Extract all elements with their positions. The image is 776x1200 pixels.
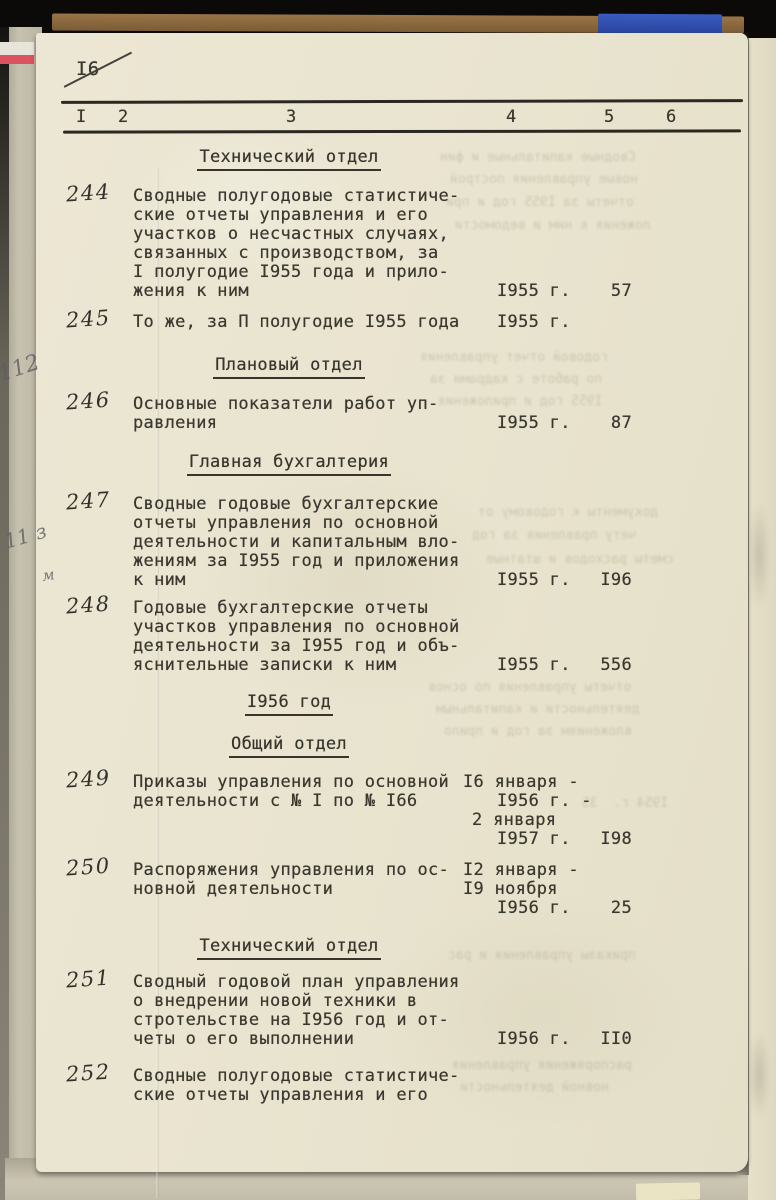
column-header-2: 2: [118, 108, 129, 127]
bleedthrough-line: ложения к ним и ведомости: [455, 218, 651, 233]
entry-sheet-count: 556: [556, 655, 632, 675]
bleedthrough-line: распоряжения управления: [452, 1058, 632, 1073]
column-header-4: 4: [506, 108, 517, 127]
bleedthrough-line: I954 г. 35: [582, 796, 668, 811]
entry-sheet-count: II0: [556, 1029, 632, 1049]
bleedthrough-line: чету правления за год: [472, 528, 636, 543]
section-heading: Главная бухгалтерия: [133, 452, 445, 476]
bleedthrough-line: сметы расходов и штатные: [486, 552, 674, 567]
bleedthrough-line: отчеты за I955 год и при: [446, 195, 634, 210]
entry-number: 248: [65, 591, 111, 618]
bleedthrough-line: документы к годовому от: [478, 505, 658, 520]
year-heading: I956 год: [133, 692, 445, 716]
entry-date: 2 января: [472, 810, 556, 830]
column-header-6: 6: [666, 108, 677, 127]
entry-description: Приказы управления по основной деятельно…: [133, 772, 449, 810]
entry-number: 250: [65, 853, 111, 880]
entry-number: 246: [65, 387, 111, 414]
entry-sheet-count: I98: [556, 829, 632, 849]
corner-page-tab: [636, 1182, 700, 1200]
archival-document-scan: Сводные капитальные и фин новые управлен…: [0, 0, 776, 1200]
entry-description: Сводные полугодовые статистиче- ские отч…: [133, 186, 460, 300]
section-heading: Плановый отдел: [133, 355, 445, 379]
bleedthrough-line: новые управления построй: [450, 172, 638, 187]
adjacent-page-edge: [748, 38, 776, 1200]
entry-number: 252: [65, 1059, 111, 1086]
entry-date: I956 г. -: [497, 791, 592, 811]
entry-date: I2 января -: [463, 860, 579, 880]
margin-pencil-mark: м: [41, 565, 56, 585]
entry-number: 245: [65, 305, 111, 332]
pencil-smudge: [748, 500, 770, 610]
entry-description: Сводные годовые бухгалтерские отчеты упр…: [133, 494, 460, 589]
column-header-3: 3: [286, 108, 297, 127]
bleedthrough-line: деятельности и капитальным: [436, 702, 640, 717]
bleedthrough-line: годовой отчет управления: [420, 350, 608, 365]
page-edge-sliver: [0, 42, 34, 56]
bleedthrough-line: отчеты управления по основ: [428, 680, 632, 695]
column-header-5: 5: [604, 108, 615, 127]
entry-number: 249: [65, 765, 111, 792]
entry-sheet-count: I96: [556, 570, 632, 590]
entry-date: I9 ноября: [463, 879, 558, 899]
entry-description: То же, за П полугодие I955 года: [133, 312, 460, 331]
entry-number: 247: [65, 487, 111, 514]
bleedthrough-line: Сводные капитальные и фин: [440, 150, 636, 165]
entry-date: I955 г.: [497, 312, 571, 332]
entry-description: Распоряжения управления по ос- новной де…: [133, 860, 449, 898]
red-edge-stripe: [0, 55, 34, 64]
entry-description: Сводные полугодовые статистиче- ские отч…: [133, 1066, 460, 1104]
section-heading: Технический отдел: [133, 936, 445, 960]
pencil-smudge: [748, 1030, 770, 1120]
entry-sheet-count: 57: [556, 281, 632, 301]
entry-description: Годовые бухгалтерские отчеты участков уп…: [133, 598, 460, 674]
section-heading: Общий отдел: [133, 734, 445, 758]
bleedthrough-line: I955 год и приложения: [438, 394, 602, 409]
column-header-1: I: [76, 108, 87, 127]
bleedthrough-line: приказы управления и рас: [448, 948, 636, 963]
entry-date: I6 января -: [463, 772, 579, 792]
bleedthrough-line: вложениям за год и прило: [444, 724, 632, 739]
section-heading: Технический отдел: [133, 147, 445, 171]
entry-number: 251: [65, 965, 111, 992]
entry-sheet-count: 25: [556, 898, 632, 918]
bleedthrough-line: новной деятельности: [460, 1080, 609, 1095]
entry-description: Основные показатели работ уп- равления: [133, 394, 439, 432]
bleedthrough-line: по работе с кадрами за: [430, 372, 602, 387]
entry-sheet-count: 87: [556, 413, 632, 433]
entry-description: Сводный годовой план управления о внедре…: [133, 972, 460, 1048]
page-stack-shadow: [0, 27, 9, 1200]
entry-number: 244: [65, 179, 111, 206]
